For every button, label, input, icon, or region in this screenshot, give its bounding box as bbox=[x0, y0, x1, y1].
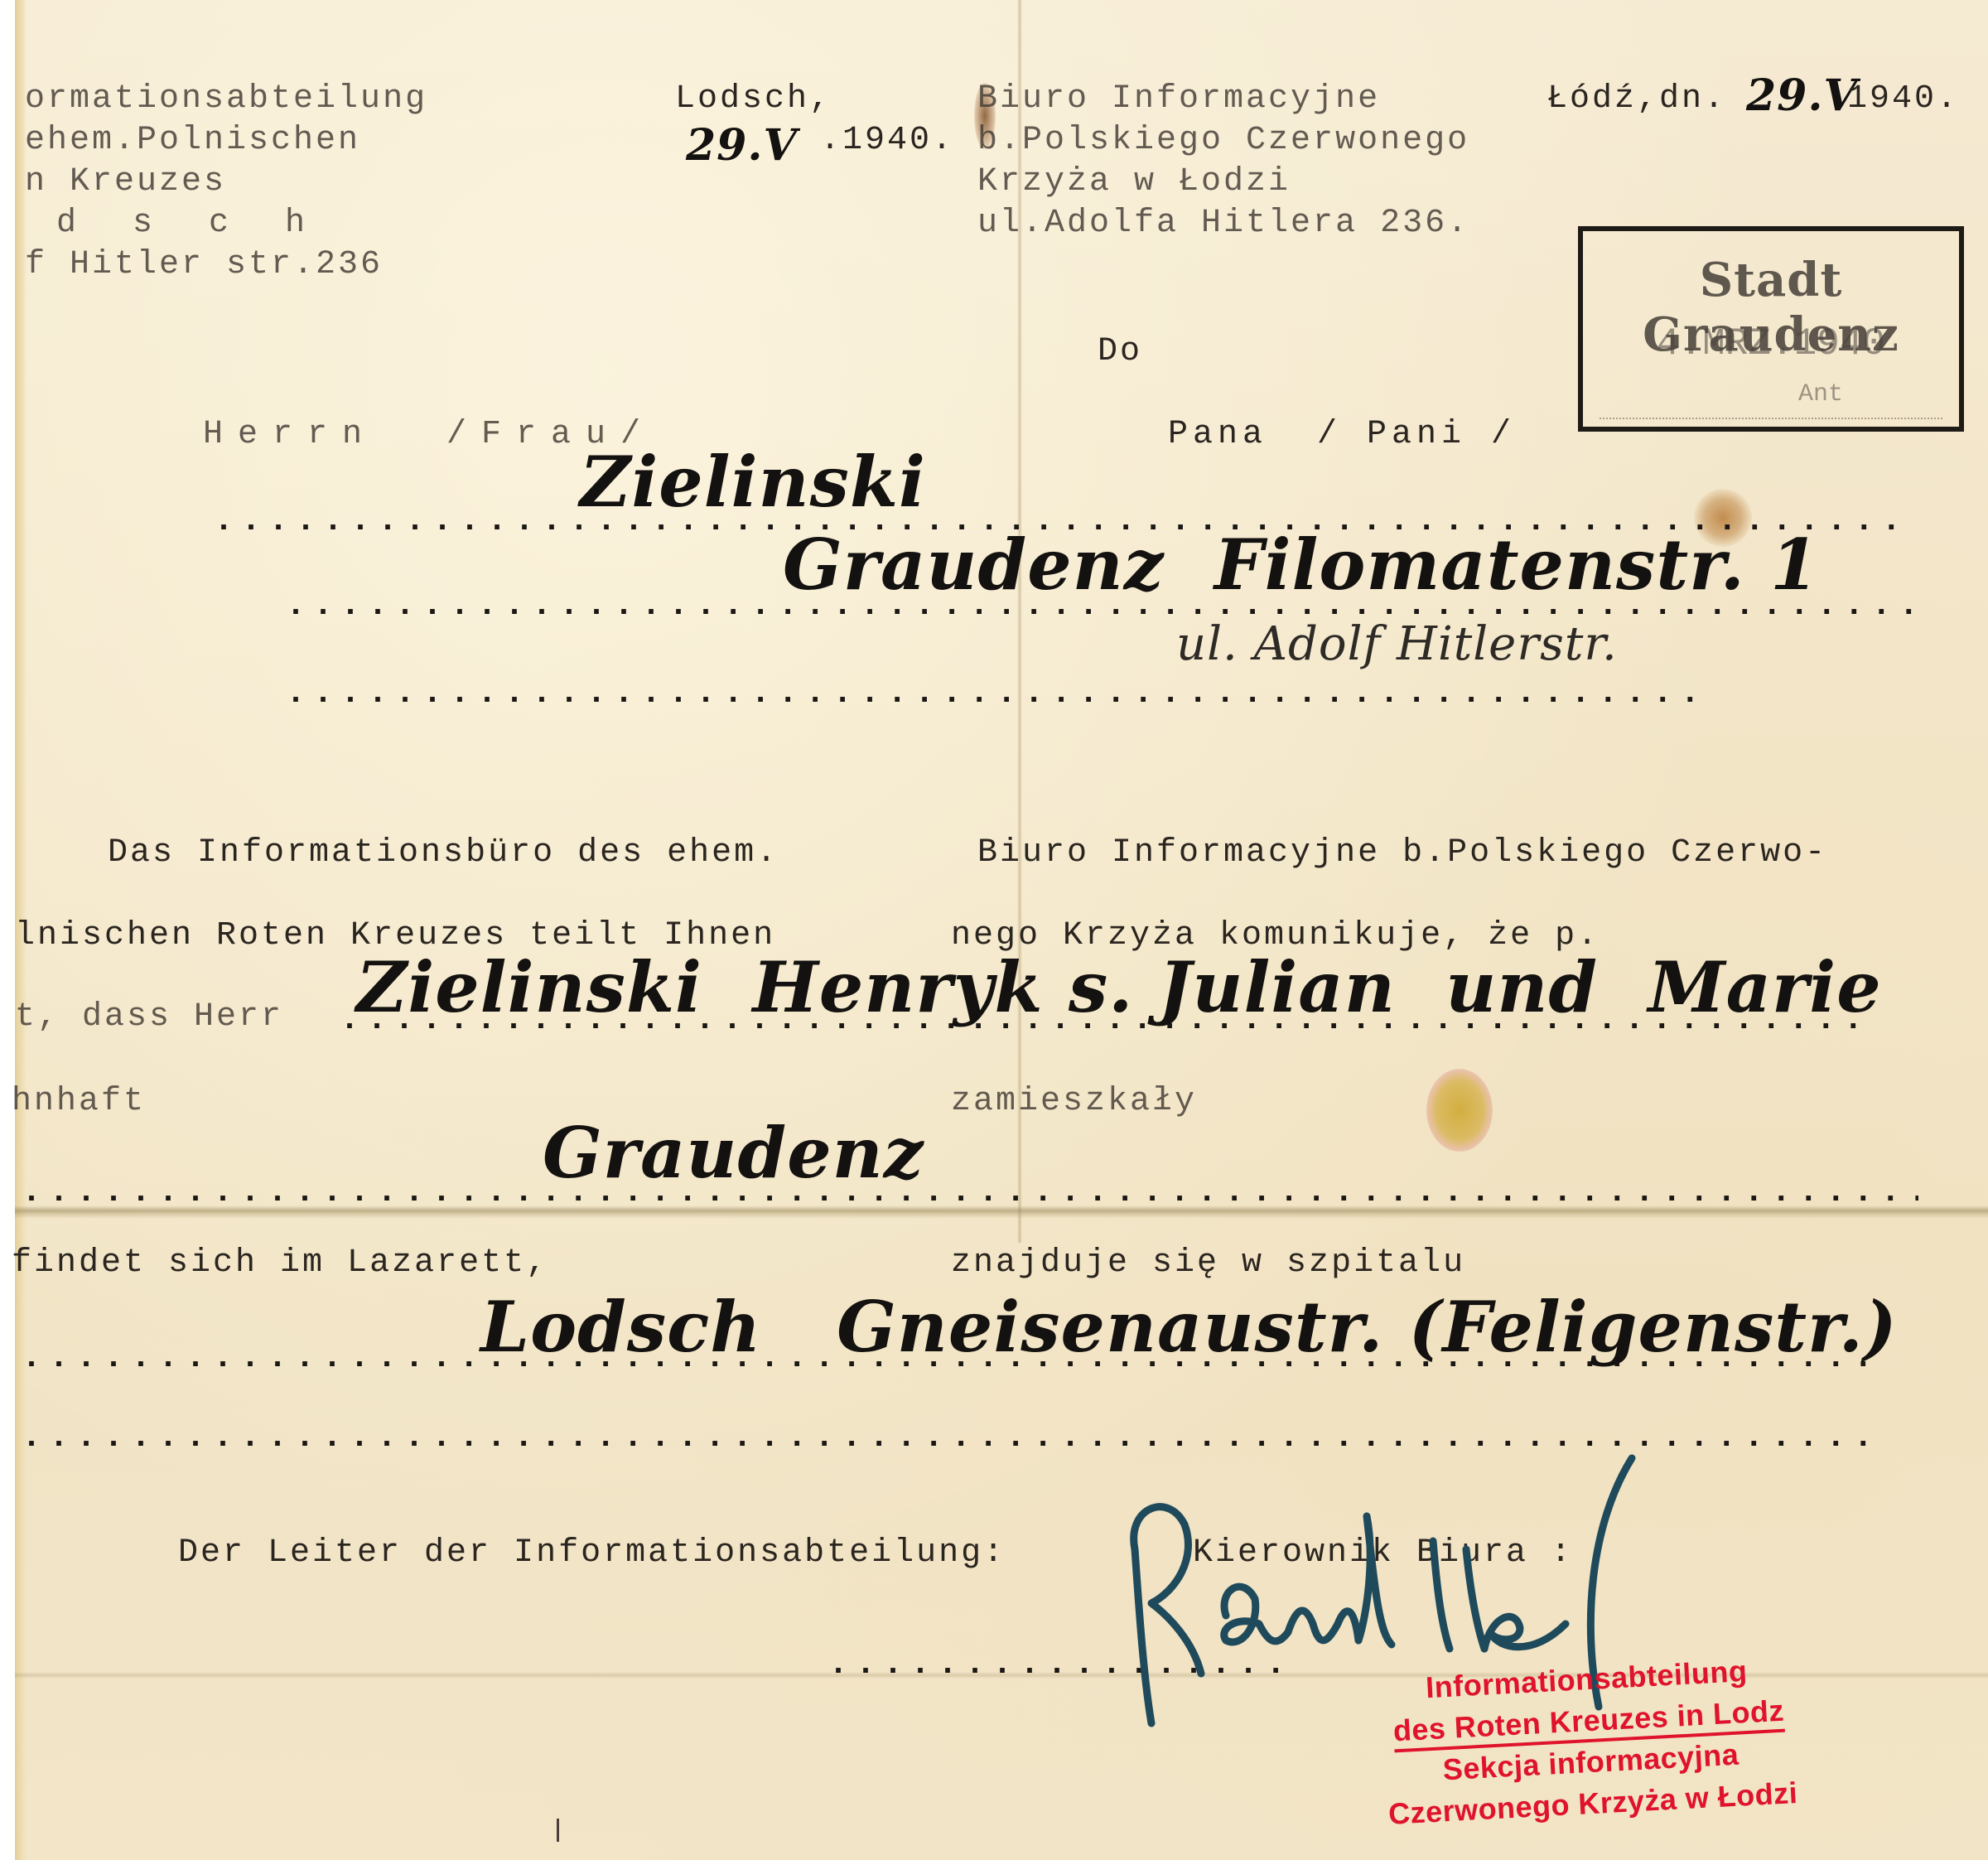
header-line: ehem.Polnischen bbox=[25, 124, 360, 157]
header-line: ormationsabteilung bbox=[25, 83, 427, 116]
hospital-handwritten: Lodsch Gneisenaustr. (Feligenstr.) bbox=[480, 1292, 1898, 1362]
do-label: Do bbox=[1098, 336, 1142, 369]
header-line: Biuro Informacyjne bbox=[977, 83, 1380, 116]
header-line: f Hitler str.236 bbox=[25, 249, 383, 282]
date-year: .1940. bbox=[820, 124, 954, 157]
body-de-hospital: findet sich im Lazarett, bbox=[12, 1247, 548, 1280]
signatory-label-de: Der Leiter der Informationsabteilung: bbox=[178, 1537, 1006, 1570]
body-pl-hospital: znajduje się w szpitalu bbox=[951, 1247, 1465, 1280]
header-line: Krzyża w Łodzi bbox=[977, 166, 1291, 199]
person-name-handwritten: Zielinski Henryk s. Julian und Marie bbox=[356, 953, 1882, 1022]
dotted-line: ........................................… bbox=[22, 1176, 1918, 1210]
header-line: ul.Adolfa Hitlera 236. bbox=[977, 207, 1469, 240]
salutation-pl: Pana / Pani / bbox=[1168, 418, 1516, 452]
stamp-dotted-line bbox=[1600, 418, 1942, 419]
red-cross-stamp: Informationsabteilung des Roten Kreuzes … bbox=[1329, 1645, 1851, 1860]
pencil-mark bbox=[557, 1819, 559, 1842]
addressee-address-handwritten: Graudenz Filomatenstr. 1 bbox=[783, 530, 1820, 600]
stamp-sub: Ant bbox=[1798, 380, 1843, 408]
body-de-line1: Das Informationsbüro des ehem. bbox=[108, 837, 779, 870]
date-handwritten: 29.V bbox=[686, 124, 798, 167]
body-de-line3: t, dass Herr bbox=[15, 1001, 283, 1034]
body-de-resides: hnhaft bbox=[12, 1085, 146, 1118]
body-pl-resides: zamieszkały bbox=[951, 1085, 1197, 1118]
city-label: Lodsch, bbox=[675, 83, 832, 116]
addressee-name-handwritten: Zielinski bbox=[580, 447, 926, 517]
addressee-address-note: ul. Adolf Hitlerstr. bbox=[1176, 621, 1618, 668]
date-year: 1940. bbox=[1847, 83, 1959, 116]
header-line: b.Polskiego Czerwonego bbox=[977, 124, 1469, 157]
date-prefix: Łódź,dn. bbox=[1547, 83, 1726, 116]
date-handwritten: 29.V bbox=[1746, 75, 1858, 118]
dotted-line: ........................................… bbox=[286, 678, 1694, 711]
residence-handwritten: Graudenz bbox=[543, 1118, 924, 1188]
city-stamp: Stadt Graudenz 4.MRZ.1940 Ant bbox=[1578, 226, 1964, 432]
stamp-date: 4.MRZ.1940 bbox=[1583, 322, 1959, 365]
stain-spot bbox=[1426, 1069, 1493, 1152]
header-line: d s c h bbox=[56, 207, 323, 240]
body-pl-line1: Biuro Informacyjne b.Polskiego Czerwo- bbox=[977, 837, 1827, 870]
header-line: n Kreuzes bbox=[25, 166, 226, 199]
